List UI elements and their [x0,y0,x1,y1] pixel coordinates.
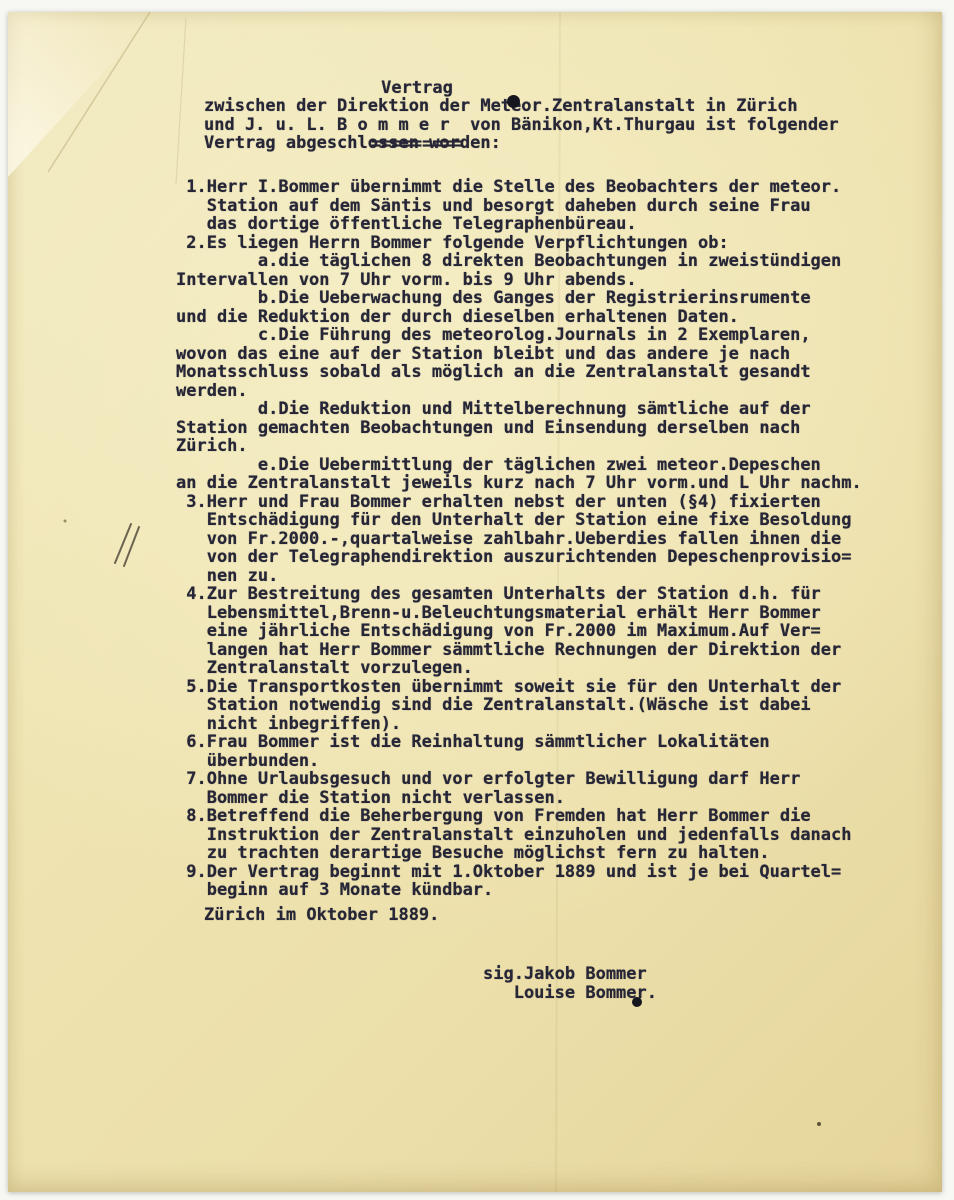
ink-blot-meteor [507,95,520,108]
crease-line [48,12,150,172]
photo-background: Vertrag ========= zwischen der Direktion… [0,0,954,1200]
paper: Vertrag ========= zwischen der Direktion… [8,12,942,1192]
preamble: zwischen der Direktion der Meteor.Zentra… [204,97,839,153]
paper-speck [64,520,67,523]
date-line: Zürich im Oktober 1889. [204,906,439,925]
paper-speck [817,1122,821,1126]
pencil-double-slash [115,524,139,566]
signature-block: sig.Jakob Bommer Louise Bommer. [483,965,657,1002]
corner-fold [8,12,168,182]
page-title: Vertrag [332,79,502,98]
ink-blot-signature [632,997,642,1007]
contract-body: 1.Herr I.Bommer übernimmt die Stelle des… [176,178,862,900]
crease-line [176,18,186,184]
